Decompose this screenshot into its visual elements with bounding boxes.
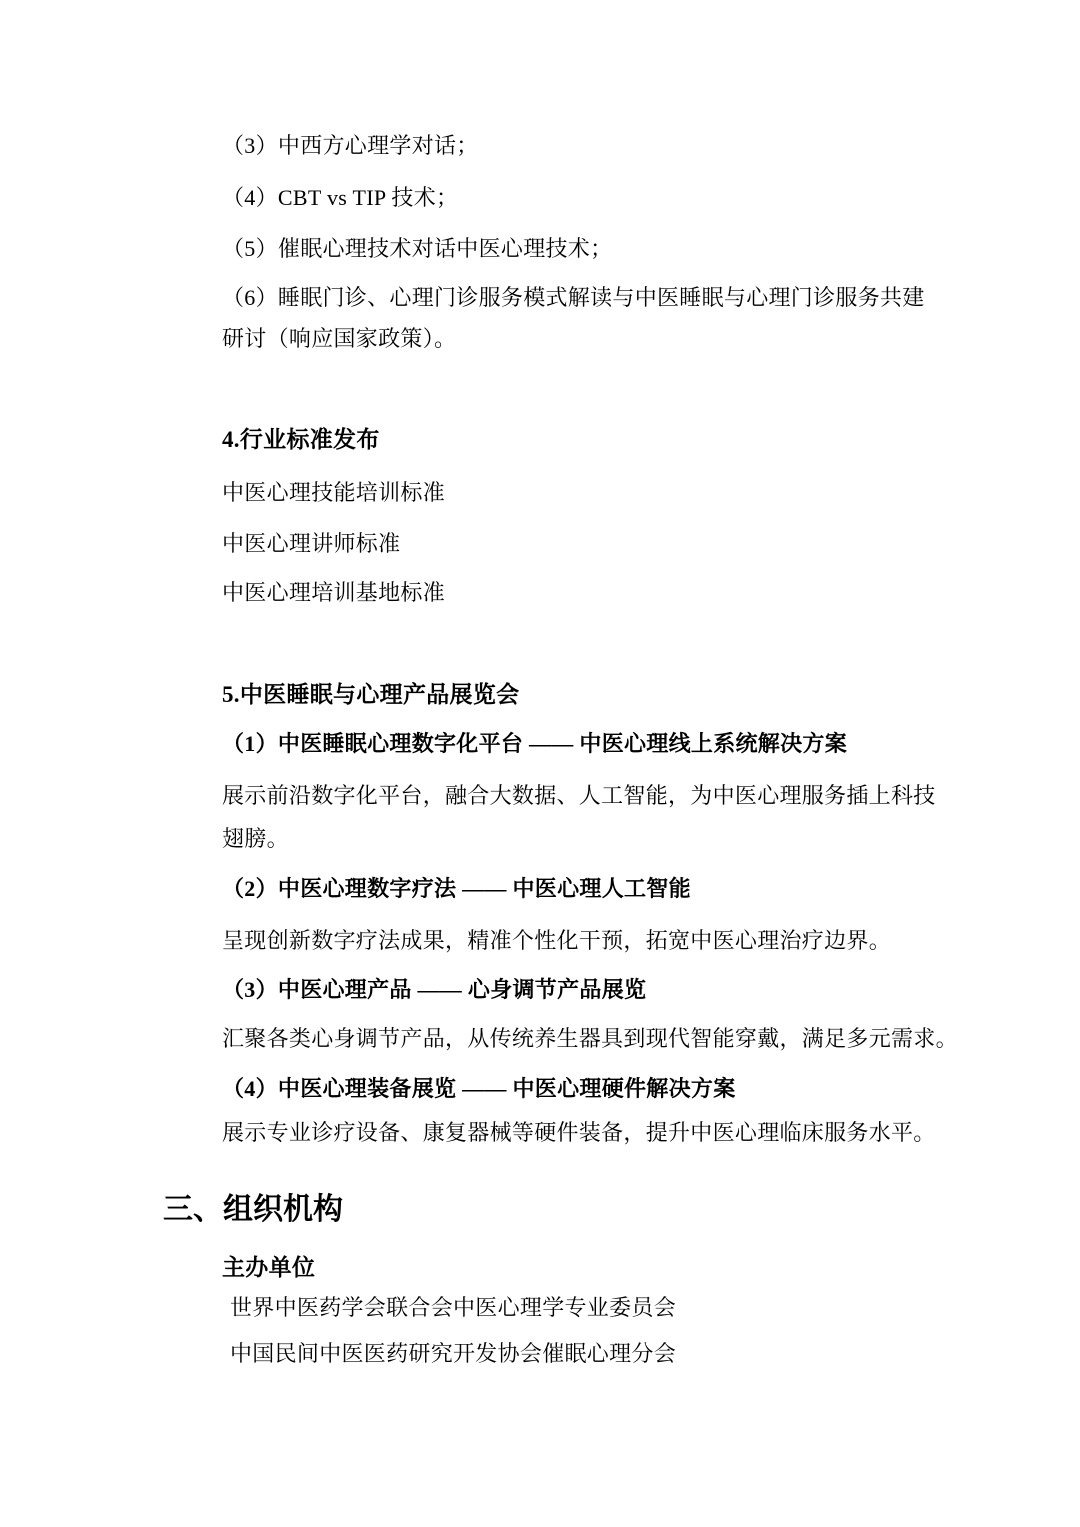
exhibit-title-2: （2）中医心理数字疗法 —— 中医心理人工智能 <box>222 875 691 903</box>
forum-topic-item-6-line1: （6）睡眠门诊、心理门诊服务模式解读与中医睡眠与心理门诊服务共建 <box>222 284 925 312</box>
standards-item-3: 中医心理培训基地标准 <box>222 579 445 607</box>
exhibit-title-3: （3）中医心理产品 —— 心身调节产品展览 <box>222 976 646 1004</box>
exhibit-title-4: （4）中医心理装备展览 —— 中医心理硬件解决方案 <box>222 1075 736 1103</box>
expo-section-heading: 5.中医睡眠与心理产品展览会 <box>222 681 519 709</box>
exhibit-desc-1-line2: 翅膀。 <box>222 825 289 853</box>
exhibit-desc-2: 呈现创新数字疗法成果，精准个性化干预，拓宽中医心理治疗边界。 <box>222 927 891 955</box>
standards-section-heading: 4.行业标准发布 <box>222 426 380 454</box>
document-page: （3）中西方心理学对话； （4）CBT vs TIP 技术； （5）催眠心理技术… <box>0 0 1080 1527</box>
forum-topic-item-4: （4）CBT vs TIP 技术； <box>222 184 458 212</box>
standards-item-2: 中医心理讲师标准 <box>222 530 400 558</box>
host-unit-item-1: 世界中医药学会联合会中医心理学专业委员会 <box>230 1294 676 1322</box>
exhibit-desc-4: 展示专业诊疗设备、康复器械等硬件装备，提升中医心理临床服务水平。 <box>222 1119 936 1147</box>
forum-topic-item-3: （3）中西方心理学对话； <box>222 132 479 160</box>
standards-item-1: 中医心理技能培训标准 <box>222 479 445 507</box>
forum-topic-item-5: （5）催眠心理技术对话中医心理技术； <box>222 235 612 263</box>
exhibit-desc-1-line1: 展示前沿数字化平台，融合大数据、人工智能，为中医心理服务插上科技 <box>222 782 936 810</box>
host-units-label: 主办单位 <box>222 1254 315 1282</box>
organization-section-heading: 三、组织机构 <box>163 1192 343 1228</box>
exhibit-desc-3: 汇聚各类心身调节产品，从传统养生器具到现代智能穿戴，满足多元需求。 <box>222 1025 958 1053</box>
host-unit-item-2: 中国民间中医医药研究开发协会催眠心理分会 <box>230 1340 676 1368</box>
exhibit-title-1: （1）中医睡眠心理数字化平台 —— 中医心理线上系统解决方案 <box>222 730 847 758</box>
forum-topic-item-6-line2: 研讨（响应国家政策）。 <box>222 325 456 353</box>
